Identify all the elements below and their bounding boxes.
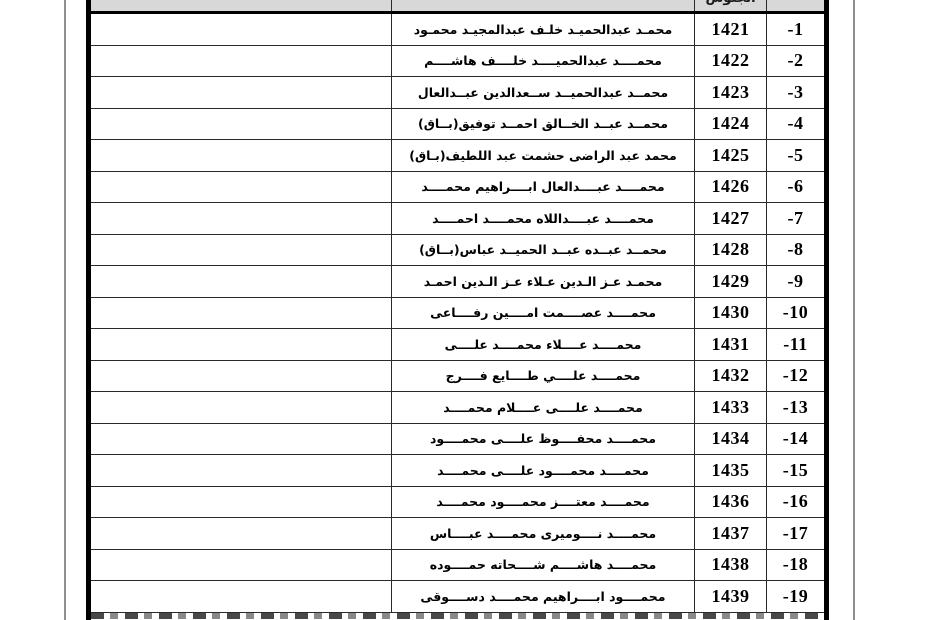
student-name: محمــد عبــده عبــد الحميــد عباس(بــاق) (419, 242, 667, 257)
student-name: محمــــد محمــــود علــــى محمــــد (437, 463, 649, 478)
student-name-cell: محمــــد عبــــدالعال ابــــراهيم محمـــ… (391, 172, 694, 203)
seat-number: 1437 (712, 523, 750, 544)
row-number-cell: -5 (766, 140, 824, 171)
student-name-cell: محمــــد محفــــوظ علــــى محمــــود (391, 424, 694, 455)
student-name-cell: محمــــد محمــــود علــــى محمــــد (391, 455, 694, 486)
seat-number: 1426 (712, 176, 750, 197)
student-name: محمــــد هاشــــم شــــحاته حمــــوده (430, 557, 657, 572)
seat-number-cell: 1438 (694, 550, 766, 581)
row-number: -19 (783, 586, 809, 607)
seat-number: 1427 (712, 208, 750, 229)
table-row: محمـد عبدالحميـد خلـف عبدالمجيـد محمـود … (91, 14, 824, 46)
table-header-row: الجلوس (91, 0, 824, 14)
table-row: محمــد عبدالحميــد ســعدالدين عبــدالعال… (91, 77, 824, 109)
seat-number-cell: 1439 (694, 581, 766, 612)
student-name: محمـد عـز الـدين عـلاء عـز الـدين احمـد (424, 274, 663, 289)
student-name-cell: محمــــد عــــلاء محمــــد علــــى (391, 329, 694, 360)
seat-number-cell: 1422 (694, 46, 766, 77)
seat-number-cell: 1429 (694, 266, 766, 297)
row-number: -3 (788, 82, 804, 103)
row-number: -10 (783, 302, 809, 323)
row-number: -13 (783, 397, 809, 418)
student-name-cell: محمــــد هاشــــم شــــحاته حمــــوده (391, 550, 694, 581)
seat-number-cell: 1437 (694, 518, 766, 549)
table-row: محمــــد محفــــوظ علــــى محمــــود 143… (91, 424, 824, 456)
seat-number-cell: 1423 (694, 77, 766, 108)
row-number-cell: -10 (766, 298, 824, 329)
student-name: محمـد عبدالحميـد خلـف عبدالمجيـد محمـود (414, 22, 673, 37)
row-number: -6 (788, 176, 804, 197)
table-row: محمــــد علــــى عــــلام محمــــد 1433 … (91, 392, 824, 424)
row-number-cell: -18 (766, 550, 824, 581)
seat-number-cell: 1431 (694, 329, 766, 360)
row-number-cell: -15 (766, 455, 824, 486)
seat-number-cell: 1435 (694, 455, 766, 486)
table-row: محمــــد عبــــداللاه محمــــد احمــــد … (91, 203, 824, 235)
row-number: -5 (788, 145, 804, 166)
seat-number: 1436 (712, 491, 750, 512)
notes-empty-cell (91, 455, 391, 486)
student-name: محمد عبد الراضى حشمت عبد اللطيف(بـاق) (409, 148, 676, 163)
row-number-cell: -9 (766, 266, 824, 297)
row-number: -16 (783, 491, 809, 512)
seat-number: 1429 (712, 271, 750, 292)
row-number: -2 (788, 50, 804, 71)
student-name-cell: محمد عبد الراضى حشمت عبد اللطيف(بـاق) (391, 140, 694, 171)
seat-number: 1423 (712, 82, 750, 103)
row-number-cell: -19 (766, 581, 824, 612)
student-name-cell: محمــــد علــــى عــــلام محمــــد (391, 392, 694, 423)
student-name: محمــــد علــــي طــــايع فــــرج (446, 368, 641, 383)
seat-number-cell: 1424 (694, 109, 766, 140)
student-name-cell: محمــــد معتــــز محمــــود محمــــد (391, 487, 694, 518)
table-row: محمـد عـز الـدين عـلاء عـز الـدين احمـد … (91, 266, 824, 298)
seat-number-cell: 1434 (694, 424, 766, 455)
student-name: محمــــد نــــوميرى محمــــد عبــــاس (430, 526, 656, 541)
notes-empty-cell (91, 109, 391, 140)
seat-number: 1435 (712, 460, 750, 481)
student-name-cell: محمــــد نــــوميرى محمــــد عبــــاس (391, 518, 694, 549)
row-number: -8 (788, 239, 804, 260)
seat-number-cell: 1432 (694, 361, 766, 392)
student-name: محمــــد عبــــداللاه محمــــد احمــــد (432, 211, 654, 226)
row-number: -9 (788, 271, 804, 292)
seat-number: 1431 (712, 334, 750, 355)
student-name: محمــد عبدالحميــد ســعدالدين عبــدالعال (418, 85, 668, 100)
table-row: محمــــد علــــي طــــايع فــــرج 1432 -… (91, 361, 824, 393)
seat-number: 1422 (712, 50, 750, 71)
row-number-cell: -17 (766, 518, 824, 549)
row-number-cell: -3 (766, 77, 824, 108)
table-row: محمــــد معتــــز محمــــود محمــــد 143… (91, 487, 824, 519)
row-number: -12 (783, 365, 809, 386)
notes-empty-cell (91, 424, 391, 455)
seat-header-label: الجلوس (695, 0, 766, 6)
seat-number: 1432 (712, 365, 750, 386)
row-number-cell: -16 (766, 487, 824, 518)
seat-number: 1424 (712, 113, 750, 134)
seat-number-cell: 1428 (694, 235, 766, 266)
notes-empty-cell (91, 46, 391, 77)
table-row: محمــــد عبــــدالعال ابــــراهيم محمـــ… (91, 172, 824, 204)
seat-number: 1425 (712, 145, 750, 166)
notes-empty-cell (91, 550, 391, 581)
row-number: -7 (788, 208, 804, 229)
student-name: محمــــد معتــــز محمــــود محمــــد (436, 494, 649, 509)
row-number-cell: -4 (766, 109, 824, 140)
row-number-cell: -7 (766, 203, 824, 234)
row-number: -15 (783, 460, 809, 481)
table-row: محمــــد هاشــــم شــــحاته حمــــوده 14… (91, 550, 824, 582)
row-number-cell: -14 (766, 424, 824, 455)
student-name: محمــــد محفــــوظ علــــى محمــــود (430, 431, 656, 446)
notes-empty-cell (91, 140, 391, 171)
row-number: -14 (783, 428, 809, 449)
notes-empty-cell (91, 14, 391, 45)
student-name-cell: محمــــد عبدالحميــــد خلــــف هاشــــم (391, 46, 694, 77)
row-number-cell: -8 (766, 235, 824, 266)
page-frame-line-right (853, 0, 855, 620)
seat-number: 1439 (712, 586, 750, 607)
notes-empty-cell (91, 487, 391, 518)
notes-empty-cell (91, 203, 391, 234)
table-row: محمــد عبــده عبــد الحميــد عباس(بــاق)… (91, 235, 824, 267)
header-name-cell (391, 0, 694, 11)
student-name-cell: محمـد عبدالحميـد خلـف عبدالمجيـد محمـود (391, 14, 694, 45)
student-name: محمــــود ابــــراهيم محمــــد دســــوقى (420, 589, 665, 604)
seat-number-cell: 1433 (694, 392, 766, 423)
table-row: محمــــود ابــــراهيم محمــــد دســــوقى… (91, 581, 824, 613)
notes-empty-cell (91, 361, 391, 392)
student-name-cell: محمــــد عبــــداللاه محمــــد احمــــد (391, 203, 694, 234)
student-name-cell: محمــد عبــده عبــد الحميــد عباس(بــاق) (391, 235, 694, 266)
student-name: محمــــد عصــــمت امــــين رفــــاعى (430, 305, 656, 320)
student-name-cell: محمـد عـز الـدين عـلاء عـز الـدين احمـد (391, 266, 694, 297)
row-number-cell: -12 (766, 361, 824, 392)
student-name-cell: محمــــد عصــــمت امــــين رفــــاعى (391, 298, 694, 329)
student-name-cell: محمــد عبــد الخــالق احمــد توفيق(بــاق… (391, 109, 694, 140)
header-num-cell (766, 0, 824, 11)
row-number: -11 (783, 334, 808, 355)
page-frame-line-left (64, 0, 66, 620)
row-number-cell: -1 (766, 14, 824, 45)
student-name: محمــد عبــد الخــالق احمــد توفيق(بــاق… (418, 116, 668, 131)
header-empty-cell (91, 0, 391, 11)
table-body: محمـد عبدالحميـد خلـف عبدالمجيـد محمـود … (91, 14, 824, 613)
notes-empty-cell (91, 266, 391, 297)
header-seat-cell: الجلوس (694, 0, 766, 11)
student-name-cell: محمــد عبدالحميــد ســعدالدين عبــدالعال (391, 77, 694, 108)
seat-number: 1438 (712, 554, 750, 575)
seat-number: 1433 (712, 397, 750, 418)
scanned-page: الجلوس محمـد عبدالحميـد خلـف عبدالمجيـد … (0, 0, 930, 620)
student-name-cell: محمــــد علــــي طــــايع فــــرج (391, 361, 694, 392)
student-name: محمــــد علــــى عــــلام محمــــد (443, 400, 643, 415)
row-number: -17 (783, 523, 809, 544)
notes-empty-cell (91, 329, 391, 360)
seat-number: 1430 (712, 302, 750, 323)
table-row: محمــــد محمــــود علــــى محمــــد 1435… (91, 455, 824, 487)
seat-number-cell: 1421 (694, 14, 766, 45)
row-number: -18 (783, 554, 809, 575)
students-table: الجلوس محمـد عبدالحميـد خلـف عبدالمجيـد … (86, 0, 829, 620)
notes-empty-cell (91, 77, 391, 108)
notes-empty-cell (91, 581, 391, 612)
notes-empty-cell (91, 235, 391, 266)
table-row: محمــد عبــد الخــالق احمــد توفيق(بــاق… (91, 109, 824, 141)
notes-empty-cell (91, 172, 391, 203)
seat-number-cell: 1427 (694, 203, 766, 234)
row-number-cell: -2 (766, 46, 824, 77)
table-row: محمــــد عــــلاء محمــــد علــــى 1431 … (91, 329, 824, 361)
table-row: محمــــد عبدالحميــــد خلــــف هاشــــم … (91, 46, 824, 78)
seat-number: 1421 (712, 19, 750, 40)
seat-number-cell: 1430 (694, 298, 766, 329)
table-row: محمــــد نــــوميرى محمــــد عبــــاس 14… (91, 518, 824, 550)
row-number-cell: -13 (766, 392, 824, 423)
student-name: محمــــد عبــــدالعال ابــــراهيم محمـــ… (421, 179, 664, 194)
seat-number: 1428 (712, 239, 750, 260)
seat-number: 1434 (712, 428, 750, 449)
row-number: -1 (788, 19, 804, 40)
student-name-cell: محمــــود ابــــراهيم محمــــد دســــوقى (391, 581, 694, 612)
seat-number-cell: 1436 (694, 487, 766, 518)
seat-number-cell: 1425 (694, 140, 766, 171)
table-row: محمد عبد الراضى حشمت عبد اللطيف(بـاق) 14… (91, 140, 824, 172)
row-number-cell: -11 (766, 329, 824, 360)
notes-empty-cell (91, 518, 391, 549)
cutoff-next-line (91, 613, 824, 619)
table-row: محمــــد عصــــمت امــــين رفــــاعى 143… (91, 298, 824, 330)
seat-number-cell: 1426 (694, 172, 766, 203)
student-name: محمــــد عبدالحميــــد خلــــف هاشــــم (424, 53, 662, 68)
notes-empty-cell (91, 392, 391, 423)
row-number-cell: -6 (766, 172, 824, 203)
student-name: محمــــد عــــلاء محمــــد علــــى (445, 337, 642, 352)
notes-empty-cell (91, 298, 391, 329)
row-number: -4 (788, 113, 804, 134)
